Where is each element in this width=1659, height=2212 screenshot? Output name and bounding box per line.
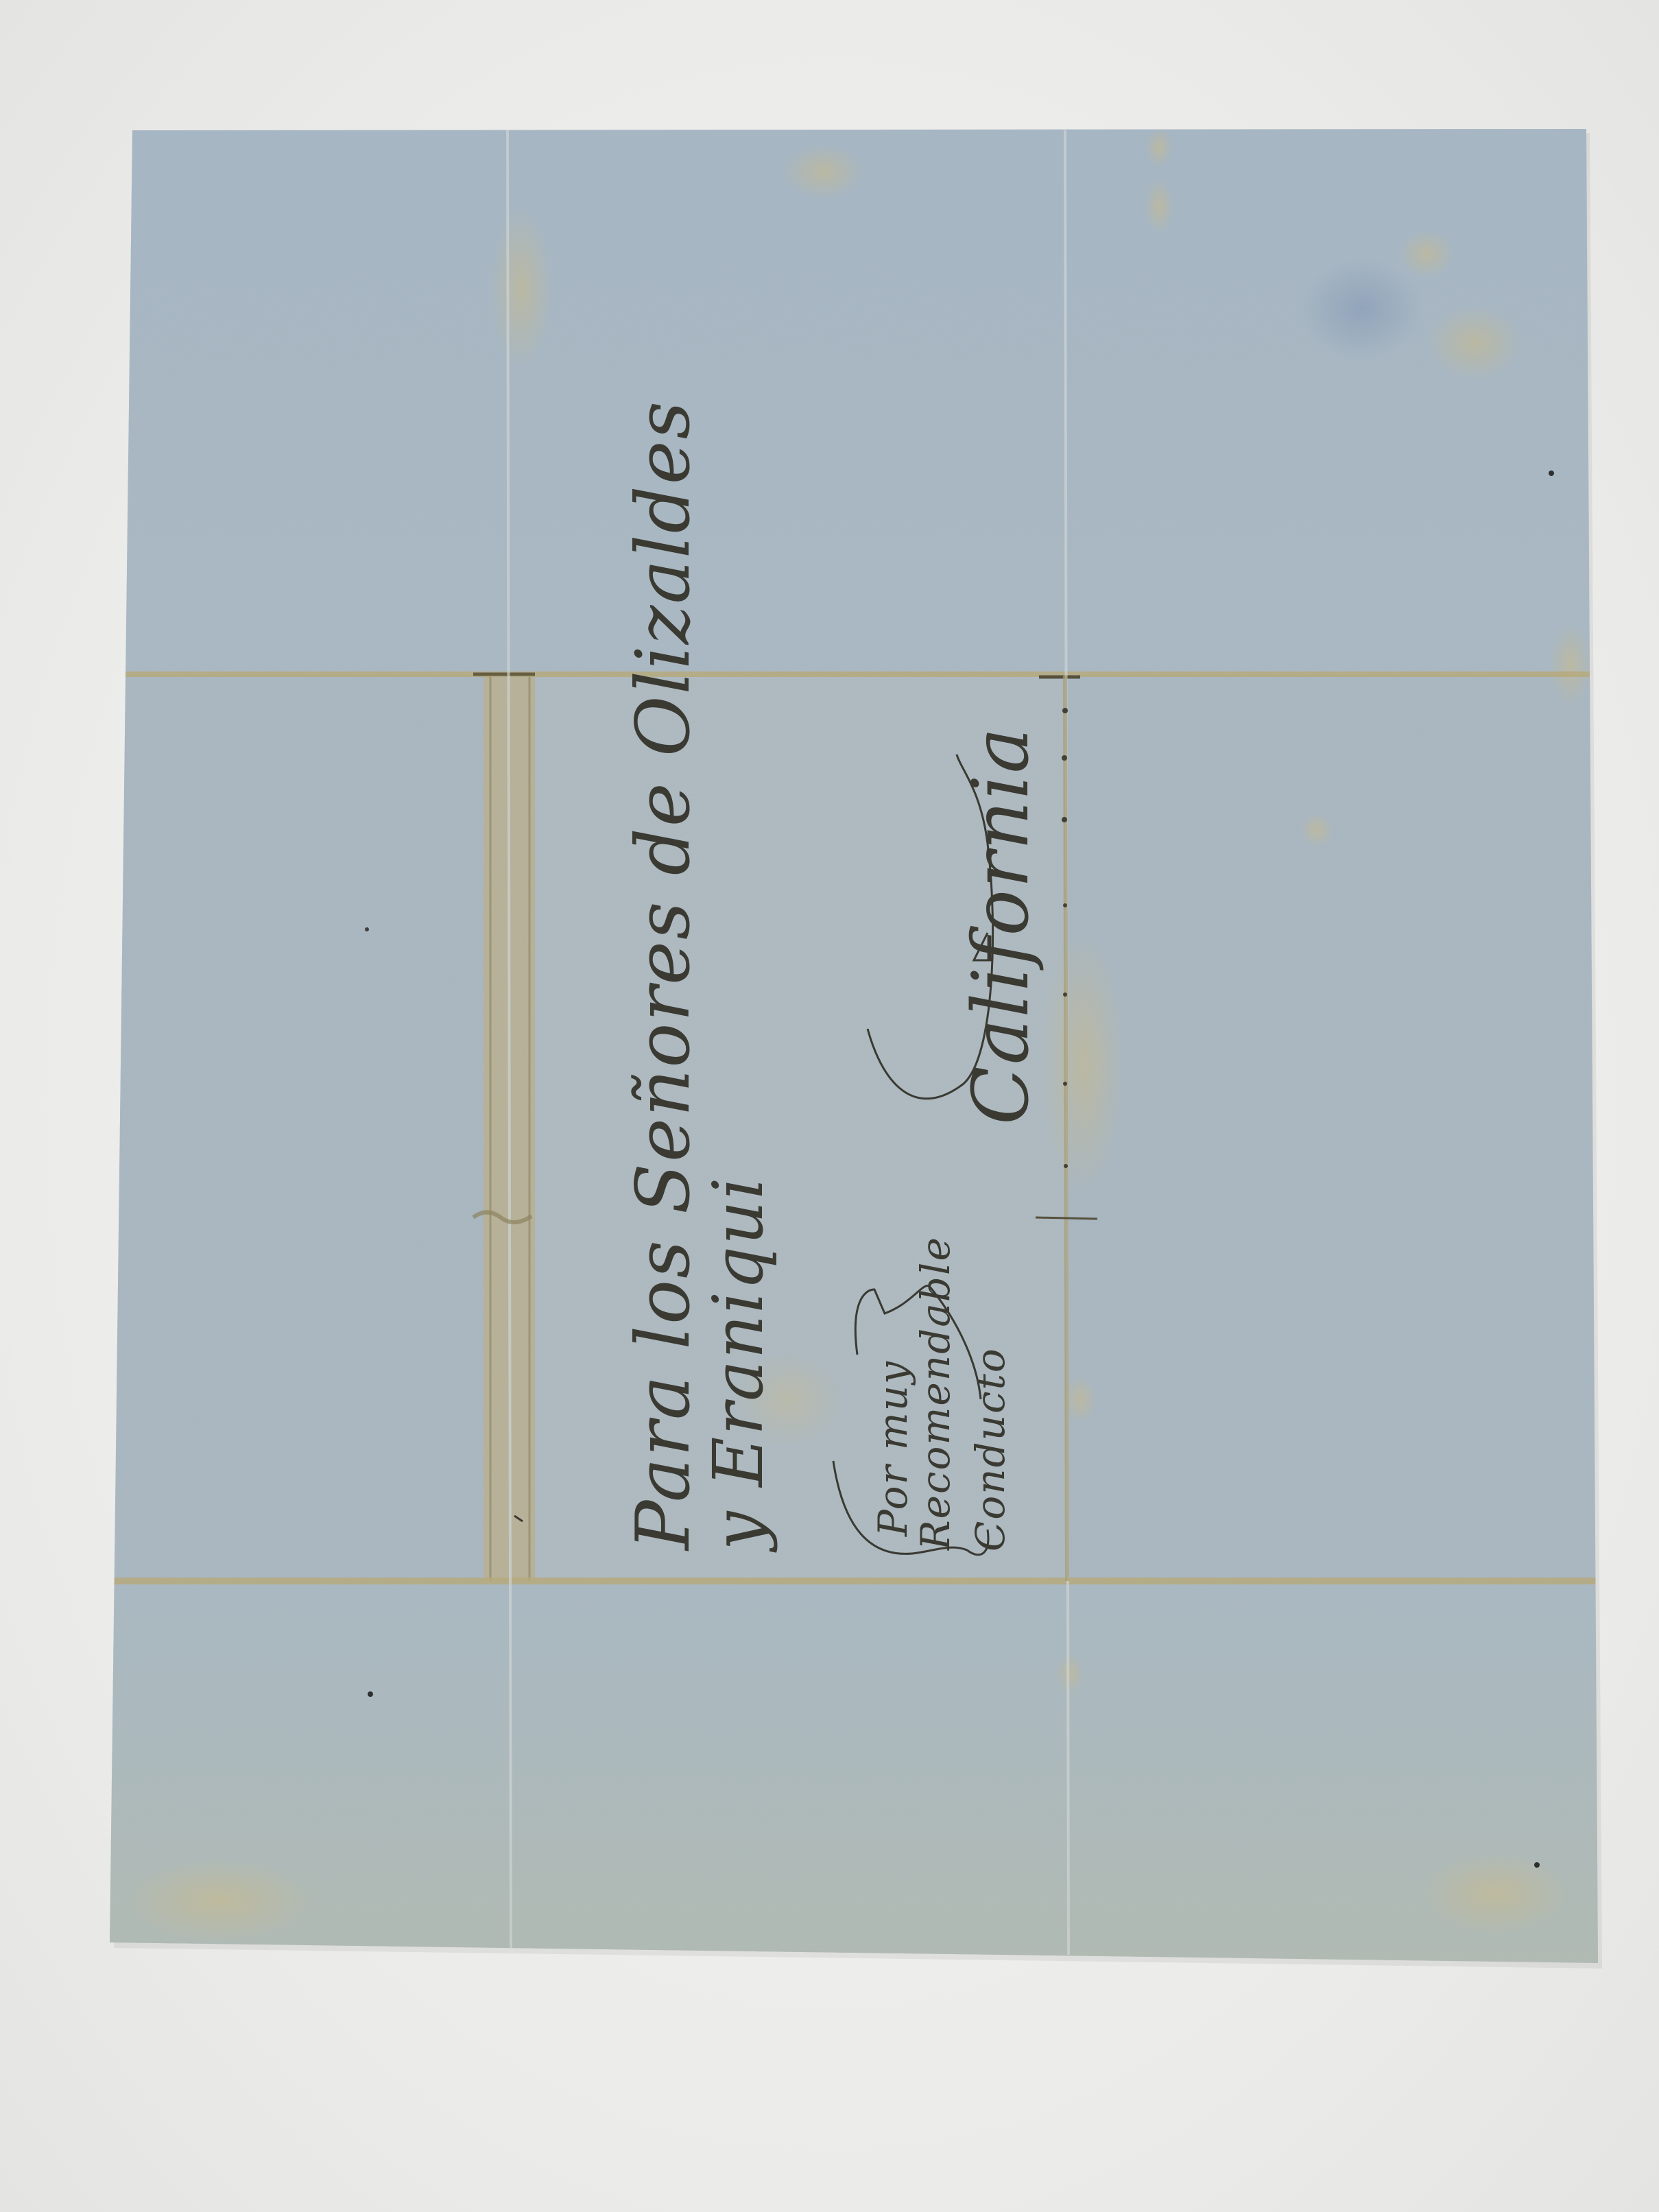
routing-note-line-2: Recomendable xyxy=(912,1236,959,1550)
routing-note-line-1: Por muy xyxy=(870,1360,916,1536)
folded-letter: Para los Señores de Olizaldes y Eraniqui… xyxy=(0,0,1659,2212)
address-line-2: y Eraniqui xyxy=(698,1176,778,1551)
address-line-1: Para los Señores de Olizaldes xyxy=(621,400,706,1550)
destination-california: California xyxy=(957,726,1046,1125)
routing-note-line-3: Conducto xyxy=(967,1347,1014,1551)
letter-paper xyxy=(0,0,1659,2212)
